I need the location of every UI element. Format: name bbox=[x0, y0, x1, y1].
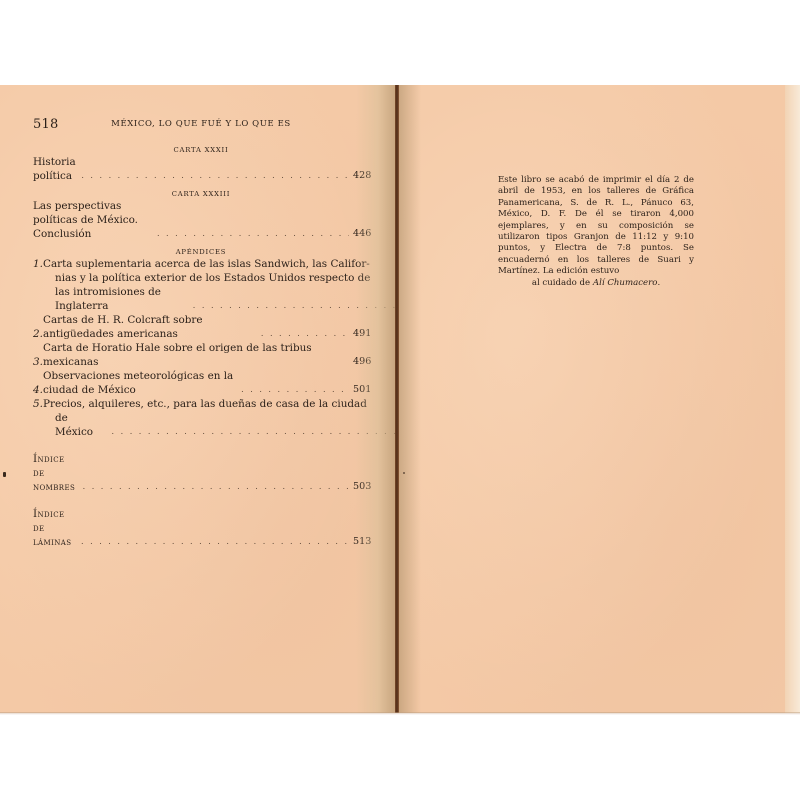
entry-number: 1. bbox=[33, 257, 43, 313]
entry-text: Cartas de H. R. Colcraft sobre antigüeda… bbox=[43, 313, 257, 341]
entry-text: Las perspectivas políticas de México. Co… bbox=[33, 199, 153, 241]
colophon-closing-suffix: . bbox=[657, 278, 660, 288]
dot-leader: . . . . . . . . . . . . . . . . . . . . … bbox=[81, 169, 349, 183]
page-edge bbox=[785, 85, 800, 713]
dot-leader: . . . . . . . . . . . . . . . . . . . . … bbox=[83, 480, 349, 494]
page-bottom-shadow bbox=[0, 712, 800, 715]
page-ref: 428 bbox=[353, 169, 369, 183]
running-head: 518 MÉXICO, LO QUE FUÉ Y LO QUE ES bbox=[33, 117, 369, 133]
entry-text: Observaciones meteorológicas en la ciuda… bbox=[43, 369, 237, 397]
dot-leader: . . . . . . . . . . . . . . . . . . . . … bbox=[157, 227, 349, 241]
book-spread: 518 MÉXICO, LO QUE FUÉ Y LO QUE ES CARTA… bbox=[0, 85, 800, 713]
page-ref: 496 bbox=[353, 355, 369, 369]
toc-entry-appendix-2: 2. Cartas de H. R. Colcraft sobre antigü… bbox=[33, 313, 369, 341]
running-title: MÉXICO, LO QUE FUÉ Y LO QUE ES bbox=[33, 119, 369, 129]
entry-text: de México bbox=[55, 411, 108, 439]
toc-entry-appendix-3: 3. Carta de Horatio Hale sobre el origen… bbox=[33, 341, 369, 369]
colophon: Este libro se acabó de imprimir el día 2… bbox=[498, 175, 694, 289]
toc-entry-index-names: Índice de nombres . . . . . . . . . . . … bbox=[33, 452, 369, 494]
section-heading-carta-xxxiii: CARTA XXXIII bbox=[33, 189, 369, 199]
page-ref: 491 bbox=[353, 327, 369, 341]
table-of-contents: CARTA XXXII Historia política . . . . . … bbox=[33, 145, 369, 549]
entry-number: 4. bbox=[33, 383, 43, 397]
colophon-closing: al cuidado de Alí Chumacero. bbox=[498, 278, 694, 289]
paper-speck bbox=[3, 472, 6, 477]
entry-text: Índice de nombres bbox=[33, 452, 79, 494]
entry-text: Índice de láminas bbox=[33, 507, 77, 549]
toc-entry: Las perspectivas políticas de México. Co… bbox=[33, 199, 369, 241]
colophon-closing-prefix: al cuidado de bbox=[532, 278, 593, 288]
editor-name: Alí Chumacero bbox=[593, 278, 658, 288]
colophon-body: Este libro se acabó de imprimir el día 2… bbox=[498, 175, 694, 276]
toc-entry-appendix-5: 5. Precios, alquileres, etc., para las d… bbox=[33, 397, 369, 439]
toc-entry-appendix-4: 4. Observaciones meteorológicas en la ci… bbox=[33, 369, 369, 397]
toc-entry-index-plates: Índice de láminas . . . . . . . . . . . … bbox=[33, 507, 369, 549]
right-page: Este libro se acabó de imprimir el día 2… bbox=[399, 85, 787, 713]
toc-entry-appendix-1: 1. Carta suplementaria acerca de las isl… bbox=[33, 257, 369, 313]
entry-number: 5. bbox=[33, 397, 43, 439]
dot-leader: . . . . . . . . . . . . . . . . . . bbox=[241, 383, 349, 397]
page-ref: 503 bbox=[353, 480, 369, 494]
page-ref: 501 bbox=[353, 383, 369, 397]
entry-text: Historia política bbox=[33, 155, 77, 183]
entry-number: 3. bbox=[33, 355, 43, 369]
paper-speck bbox=[403, 472, 405, 474]
dot-leader: . . . . . . . . . . . . . . bbox=[261, 327, 349, 341]
section-heading-apendices: APÉNDICES bbox=[33, 247, 369, 257]
entry-number: 2. bbox=[33, 327, 43, 341]
toc-entry: Historia política . . . . . . . . . . . … bbox=[33, 155, 369, 183]
page-ref: 446 bbox=[353, 227, 369, 241]
dot-leader: . . . . . . . . . . . . . . . . . . . . … bbox=[81, 535, 349, 549]
section-heading-carta-xxxii: CARTA XXXII bbox=[33, 145, 369, 155]
entry-text: Carta de Horatio Hale sobre el origen de… bbox=[43, 341, 345, 369]
entry-text: las intromisiones de Inglaterra bbox=[55, 285, 189, 313]
page-ref: 513 bbox=[353, 535, 369, 549]
left-page: 518 MÉXICO, LO QUE FUÉ Y LO QUE ES CARTA… bbox=[0, 85, 396, 713]
